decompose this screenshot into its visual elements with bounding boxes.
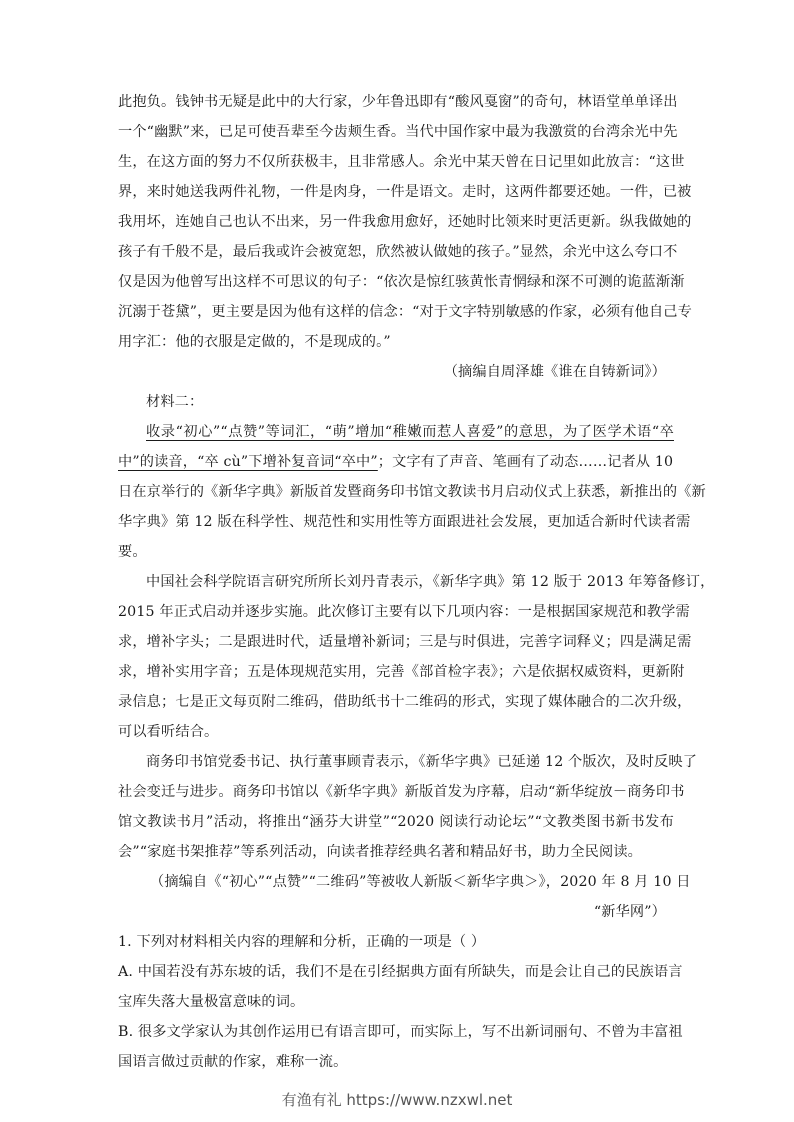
paragraph-line: 用字汇：他的衣服是定做的，不是现成的。”	[118, 332, 674, 352]
paragraph-line: 求，增补实用字音；五是体现规范实用，完善《部首检字表》；六是依据权威资料，更新附	[118, 662, 674, 682]
paragraph-line: 求，增补字头；二是跟进时代，适量增补新词；三是与时俱进，完善字词释义；四是满足需	[118, 632, 674, 652]
paragraph-line: 沉溺于苍黛”，更主要是因为他有这样的信念：“对于文字特别敏感的作家，必须有他自己…	[118, 302, 674, 322]
source-citation: “新华网”）	[118, 902, 666, 922]
paragraph-text: ；文字有了声音、笔画有了动态……记者从 10	[378, 454, 673, 470]
paragraph-line: 商务印书馆党委书记、执行董事顾青表示，《新华字典》已延递 12 个版次，及时反映…	[146, 752, 674, 772]
paragraph-line: 界，来时她送我两件礼物，一件是肉身，一件是语文。走时，这两件都要还她。一件，已被	[118, 182, 674, 202]
source-citation: （摘编自《“初心”“点赞”“二维码”等被收人新版＜新华字典＞》，2020 年 8…	[150, 872, 706, 892]
option-a: A. 中国若没有苏东坡的话，我们不是在引经据典方面有所缺失，而是会让自己的民族语…	[118, 962, 674, 982]
paragraph-line: 此抱负。钱钟书无疑是此中的大行家，少年鲁迅即有“酸风戛窗”的奇句，林语堂单单译出	[118, 92, 674, 112]
paragraph-line: 可以看听结合。	[118, 722, 674, 742]
option-a-continued: 宝库失落大量极富意味的词。	[118, 992, 674, 1012]
underlined-line: 收录“初心”“点赞”等词汇，“萌”增加“稚嫩而惹人喜爱”的意思，为了医学术语“卒	[146, 422, 674, 442]
paragraph-line: 录信息；七是正文每页附二维码，借助纸书十二维码的形式，实现了媒体融合的二次升级，	[118, 692, 674, 712]
underlined-text: 中”的读音，“卒 cù”下增补复音词“卒中”	[118, 454, 378, 470]
source-citation: （摘编自周泽雄《谁在自铸新词》）	[118, 362, 666, 382]
paragraph-line: 生，在这方面的努力不仅所获极丰，且非常感人。余光中某天曾在日记里如此放言：“这世	[118, 152, 674, 172]
question-stem: 1. 下列对材料相关内容的理解和分析，正确的一项是（ ）	[118, 932, 674, 952]
option-b: B. 很多文学家认为其创作运用已有语言即可，而实际上，写不出新词丽句、不曾为丰富…	[118, 1022, 674, 1042]
section-heading: 材料二：	[146, 392, 702, 412]
paragraph-line: 日在京举行的《新华字典》新版首发暨商务印书馆文教读书月启动仪式上获悉，新推出的《…	[118, 482, 674, 502]
paragraph-line: 要。	[118, 542, 674, 562]
paragraph-line: 中”的读音，“卒 cù”下增补复音词“卒中”；文字有了声音、笔画有了动态……记者…	[118, 452, 674, 472]
paragraph-line: 会”“家庭书架推荐”等系列活动，向读者推荐经典名著和精品好书，助力全民阅读。	[118, 842, 674, 862]
paragraph-line: 仅是因为他曾写出这样不可思议的句子：“依次是惊红骇黄怅青惘绿和深不可测的诡蓝渐渐	[118, 272, 674, 292]
paragraph-line: 馆文教读书月”活动，将推出“涵芬大讲堂”“2020 阅读行动论坛”“文教类图书新…	[118, 812, 674, 832]
paragraph-line: 我用坏，连她自己也认不出来，另一件我愈用愈好，还她时比领来时更活更新。纵我做她的	[118, 212, 674, 232]
paragraph-line: 社会变迁与进步。商务印书馆以《新华字典》新版首发为序幕，启动“新华绽放－商务印书	[118, 782, 674, 802]
paragraph-line: 一个“幽默”来，已足可使吾辈至今齿颊生香。当代中国作家中最为我激赏的台湾余光中先	[118, 122, 674, 142]
paragraph-line: 2015 年正式启动并逐步实施。此次修订主要有以下几项内容：一是根据国家规范和教…	[118, 602, 674, 622]
paragraph-line: 孩子有千般不是，最后我或许会被宽恕，欣然被认做她的孩子。”显然，余光中这么夸口不	[118, 242, 674, 262]
paragraph-line: 华字典》第 12 版在科学性、规范性和实用性等方面跟进社会发展，更加适合新时代读…	[118, 512, 674, 532]
footer-watermark: 有渔有礼 https://www.nzxwl.net	[0, 1089, 794, 1110]
option-b-continued: 国语言做过贡献的作家，难称一流。	[118, 1052, 674, 1072]
paragraph-line: 中国社会科学院语言研究所所长刘丹青表示，《新华字典》第 12 版于 2013 年…	[146, 572, 674, 592]
